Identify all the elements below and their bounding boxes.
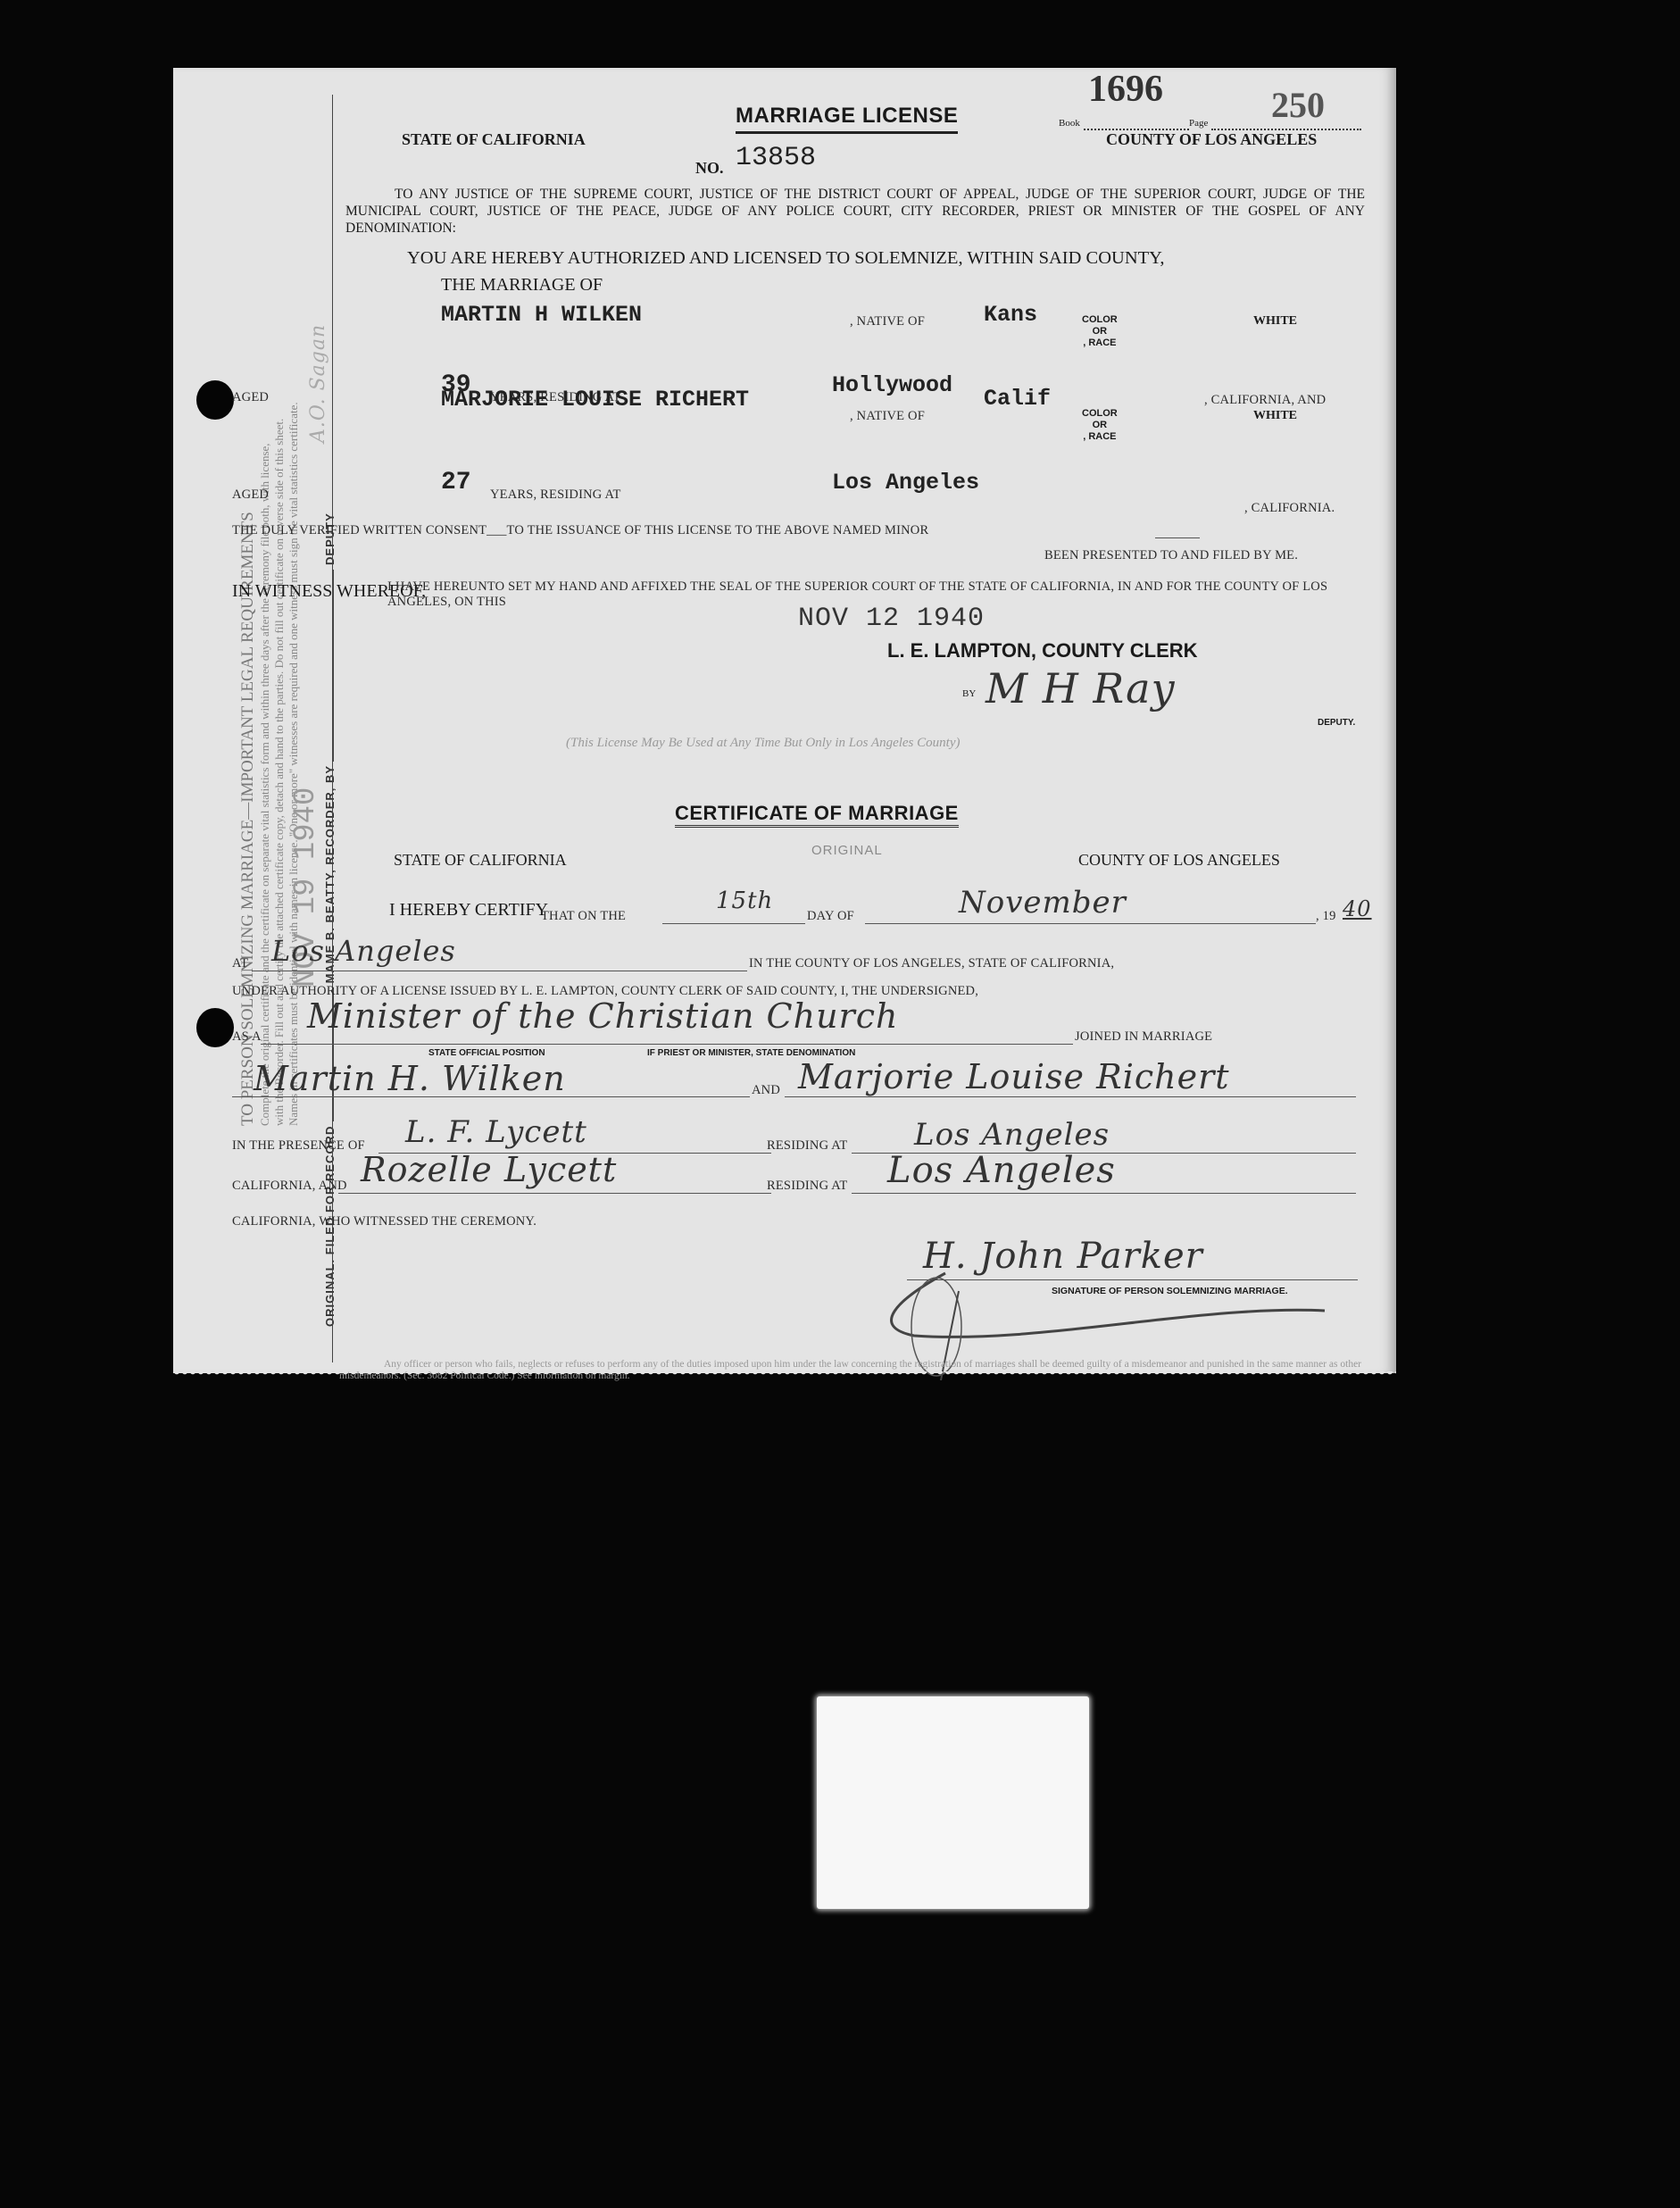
- position-caption: STATE OFFICIAL POSITION: [428, 1048, 545, 1058]
- book-label: Book: [1059, 118, 1080, 129]
- certificate-original-label: ORIGINAL: [811, 843, 883, 858]
- page-value: 250: [1271, 84, 1325, 126]
- certificate-title: CERTIFICATE OF MARRIAGE: [675, 802, 959, 828]
- deputy-signature: M H Ray: [986, 664, 1176, 712]
- hole-punch-top: [196, 380, 234, 420]
- filed-for-record-label: ORIGINAL. FILED FOR RECORD MAME B. BEATT…: [323, 512, 337, 1327]
- deputy-label: DEPUTY.: [1318, 718, 1355, 728]
- witness1-signature: L. F. Lycett: [405, 1114, 587, 1150]
- or-label: OR: [1082, 420, 1118, 431]
- recorder-initials: A.O. Sagan: [307, 324, 329, 443]
- license-number-label: NO.: [695, 159, 724, 178]
- joined-in-marriage-label: JOINED IN MARRIAGE: [1075, 1029, 1212, 1045]
- groom-race: WHITE: [1253, 314, 1297, 329]
- bride-color-race-label: COLOR OR , RACE: [1082, 408, 1118, 443]
- marriage-year: 40: [1343, 896, 1372, 921]
- bride-native-of: Calif: [984, 386, 1051, 412]
- margin-rule: [332, 95, 333, 1362]
- bride-residing-label: YEARS, RESIDING AT: [490, 487, 621, 503]
- certificate-county: COUNTY OF LOS ANGELES: [1078, 851, 1280, 870]
- groom-native-of-label: , NATIVE OF: [850, 314, 925, 329]
- license-usage-note: (This License May Be Used at Any Time Bu…: [566, 736, 960, 751]
- marriage-day: 15th: [716, 887, 773, 914]
- witness2-residence-line: [852, 1193, 1356, 1194]
- witness1-residing-label: RESIDING AT: [767, 1138, 847, 1154]
- color-label: COLOR: [1082, 408, 1118, 420]
- day-line: [662, 923, 805, 924]
- by-label: BY: [962, 688, 976, 699]
- witness2-line: [338, 1193, 771, 1194]
- or-label: OR: [1082, 326, 1118, 337]
- at-label: AT: [232, 956, 248, 971]
- margin-instructions-line1: Complete the original certificate and th…: [258, 443, 272, 1126]
- day-of-label: DAY OF: [807, 909, 854, 924]
- as-a-label: AS A: [232, 1029, 262, 1045]
- page-label: Page: [1189, 118, 1208, 129]
- officiant-signature-caption: SIGNATURE OF PERSON SOLEMNIZING MARRIAGE…: [1052, 1286, 1288, 1296]
- license-issue-date: NOV 12 1940: [798, 604, 985, 634]
- marriage-of-label: THE MARRIAGE OF: [441, 275, 603, 296]
- place-line: [252, 971, 747, 971]
- bride-age: 27: [441, 469, 471, 496]
- consent-line: [1155, 537, 1200, 538]
- california-and-witness-label: CALIFORNIA, AND: [232, 1179, 347, 1194]
- and-label: AND: [752, 1083, 780, 1098]
- certify-heading: I HEREBY CERTIFY: [389, 900, 548, 921]
- deputy-margin-text: DEPUTY: [323, 512, 337, 565]
- california-and-label: , CALIFORNIA, AND: [1204, 393, 1326, 408]
- marriage-place: Los Angeles: [271, 934, 456, 968]
- in-county-statement: IN THE COUNTY OF LOS ANGELES, STATE OF C…: [749, 956, 1114, 971]
- book-value: 1696: [1088, 68, 1163, 111]
- license-number: 13858: [736, 143, 816, 173]
- bride-race: WHITE: [1253, 409, 1297, 423]
- that-on-the-label: THAT ON THE: [541, 909, 626, 924]
- race-label: , RACE: [1082, 337, 1118, 349]
- groom-signature: Martin H. Wilken: [254, 1059, 566, 1098]
- marriage-month: November: [959, 885, 1127, 921]
- bride-signature-line: [785, 1096, 1356, 1097]
- certificate-state: STATE OF CALIFORNIA: [394, 851, 567, 870]
- position-line: [261, 1044, 1073, 1045]
- blank-paper-stub: [817, 1696, 1089, 1909]
- consent-statement: THE DULY VERIFIED WRITTEN CONSENT___TO T…: [232, 523, 928, 538]
- bride-aged-label: AGED: [232, 487, 269, 503]
- bride-native-of-label: , NATIVE OF: [850, 409, 925, 424]
- groom-native-of: Kans: [984, 302, 1037, 328]
- groom-name: MARTIN H WILKEN: [441, 302, 642, 328]
- bride-signature: Marjorie Louise Richert: [798, 1057, 1230, 1096]
- witness2-residing-label: RESIDING AT: [767, 1179, 847, 1194]
- marriage-license-document: TO PERSON SOLEMNIZING MARRIAGE—IMPORTANT…: [173, 68, 1396, 1373]
- license-county: COUNTY OF LOS ANGELES: [1106, 130, 1317, 149]
- bride-residence: Los Angeles: [832, 470, 979, 496]
- margin-instructions-line3: Names in certificates must be identical …: [287, 402, 301, 1126]
- authorization-statement: YOU ARE HEREBY AUTHORIZED AND LICENSED T…: [407, 248, 1164, 269]
- year-prefix: , 19: [1316, 909, 1336, 924]
- california-label: , CALIFORNIA.: [1244, 501, 1335, 516]
- consent-filed-statement: BEEN PRESENTED TO AND FILED BY ME.: [1044, 548, 1298, 563]
- witness2-signature: Rozelle Lycett: [361, 1150, 617, 1189]
- groom-color-race-label: COLOR OR , RACE: [1082, 314, 1118, 349]
- witness1-residence: Los Angeles: [914, 1117, 1110, 1153]
- groom-aged-label: AGED: [232, 390, 269, 405]
- penalty-note: Any officer or person who fails, neglect…: [339, 1359, 1361, 1382]
- license-address: TO ANY JUSTICE OF THE SUPREME COURT, JUS…: [345, 186, 1365, 237]
- bride-name: MARJORIE LOUISE RICHERT: [441, 387, 749, 412]
- hole-punch-bottom: [196, 1008, 234, 1047]
- license-state: STATE OF CALIFORNIA: [402, 130, 586, 149]
- witnessed-ceremony-statement: CALIFORNIA, WHO WITNESSED THE CEREMONY.: [232, 1214, 536, 1229]
- officiant-position: Minister of the Christian Church: [307, 996, 898, 1036]
- color-label: COLOR: [1082, 314, 1118, 326]
- month-line: [865, 923, 1316, 924]
- license-title: MARRIAGE LICENSE: [736, 104, 958, 134]
- groom-residence: Hollywood: [832, 372, 952, 398]
- county-clerk-name: L. E. LAMPTON, COUNTY CLERK: [887, 639, 1198, 662]
- witness2-residence: Los Angeles: [887, 1150, 1116, 1191]
- presence-of-label: IN THE PRESENCE OF: [232, 1138, 365, 1154]
- race-label: , RACE: [1082, 431, 1118, 443]
